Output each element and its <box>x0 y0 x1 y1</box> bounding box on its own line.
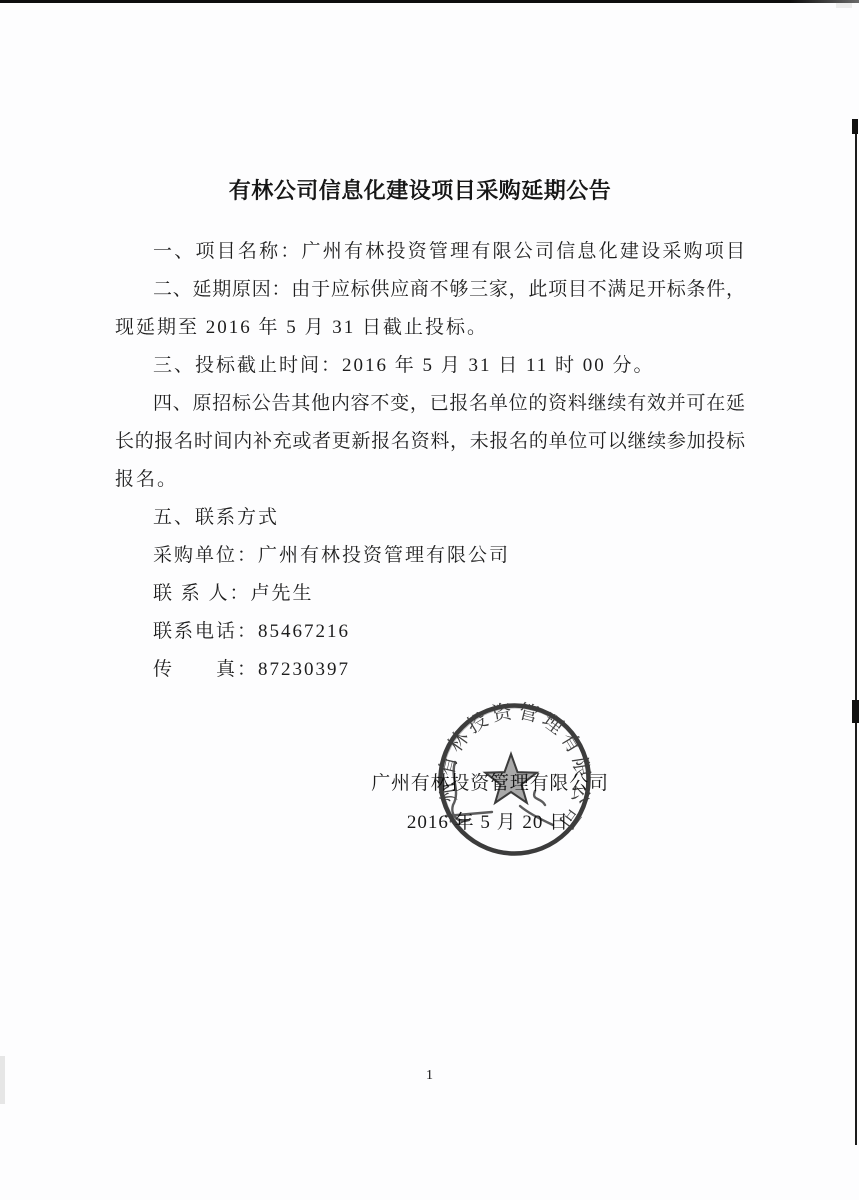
body-line-purchaser: 采购单位：广州有林投资管理有限公司 <box>115 537 745 575</box>
body-line-other-terms-end: 报名。 <box>115 461 745 499</box>
document-body: 一、项目名称：广州有林投资管理有限公司信息化建设采购项目 二、延期原因：由于应标… <box>115 233 745 689</box>
seal-star-icon <box>485 754 536 803</box>
page-number: 1 <box>0 1068 859 1084</box>
body-line-delay-reason: 二、延期原因：由于应标供应商不够三家，此项目不满足开标条件， <box>115 271 745 309</box>
body-line-other-terms-cont: 长的报名时间内补充或者更新报名资料，未报名的单位可以继续参加投标 <box>115 423 745 461</box>
body-line-contact-person: 联 系 人：卢先生 <box>115 575 745 613</box>
body-line-phone: 联系电话：85467216 <box>115 613 745 651</box>
body-line-deadline: 三、投标截止时间：2016 年 5 月 31 日 11 时 00 分。 <box>115 347 745 385</box>
document-title: 有林公司信息化建设项目采购延期公告 <box>105 174 735 205</box>
document-page: 有林公司信息化建设项目采购延期公告 一、项目名称：广州有林投资管理有限公司信息化… <box>0 0 859 1200</box>
body-line-project-name: 一、项目名称：广州有林投资管理有限公司信息化建设采购项目 <box>115 233 745 271</box>
body-line-delay-reason-cont: 现延期至 2016 年 5 月 31 日截止投标。 <box>115 309 745 347</box>
body-line-contact-heading: 五、联系方式 <box>115 499 745 537</box>
scan-artifact-right-blob-top <box>852 119 858 134</box>
scan-artifact-right-blob-mid <box>852 700 859 723</box>
scan-artifact-top-line <box>0 0 859 3</box>
scan-artifact-right-line <box>855 125 857 1145</box>
company-seal: 广州有林投资管理有限公司 <box>395 693 635 868</box>
body-line-other-terms: 四、原招标公告其他内容不变，已报名单位的资料继续有效并可在延 <box>115 385 745 423</box>
body-line-fax: 传 真：87230397 <box>115 651 745 689</box>
scan-artifact-top-right-smudge <box>836 3 852 8</box>
